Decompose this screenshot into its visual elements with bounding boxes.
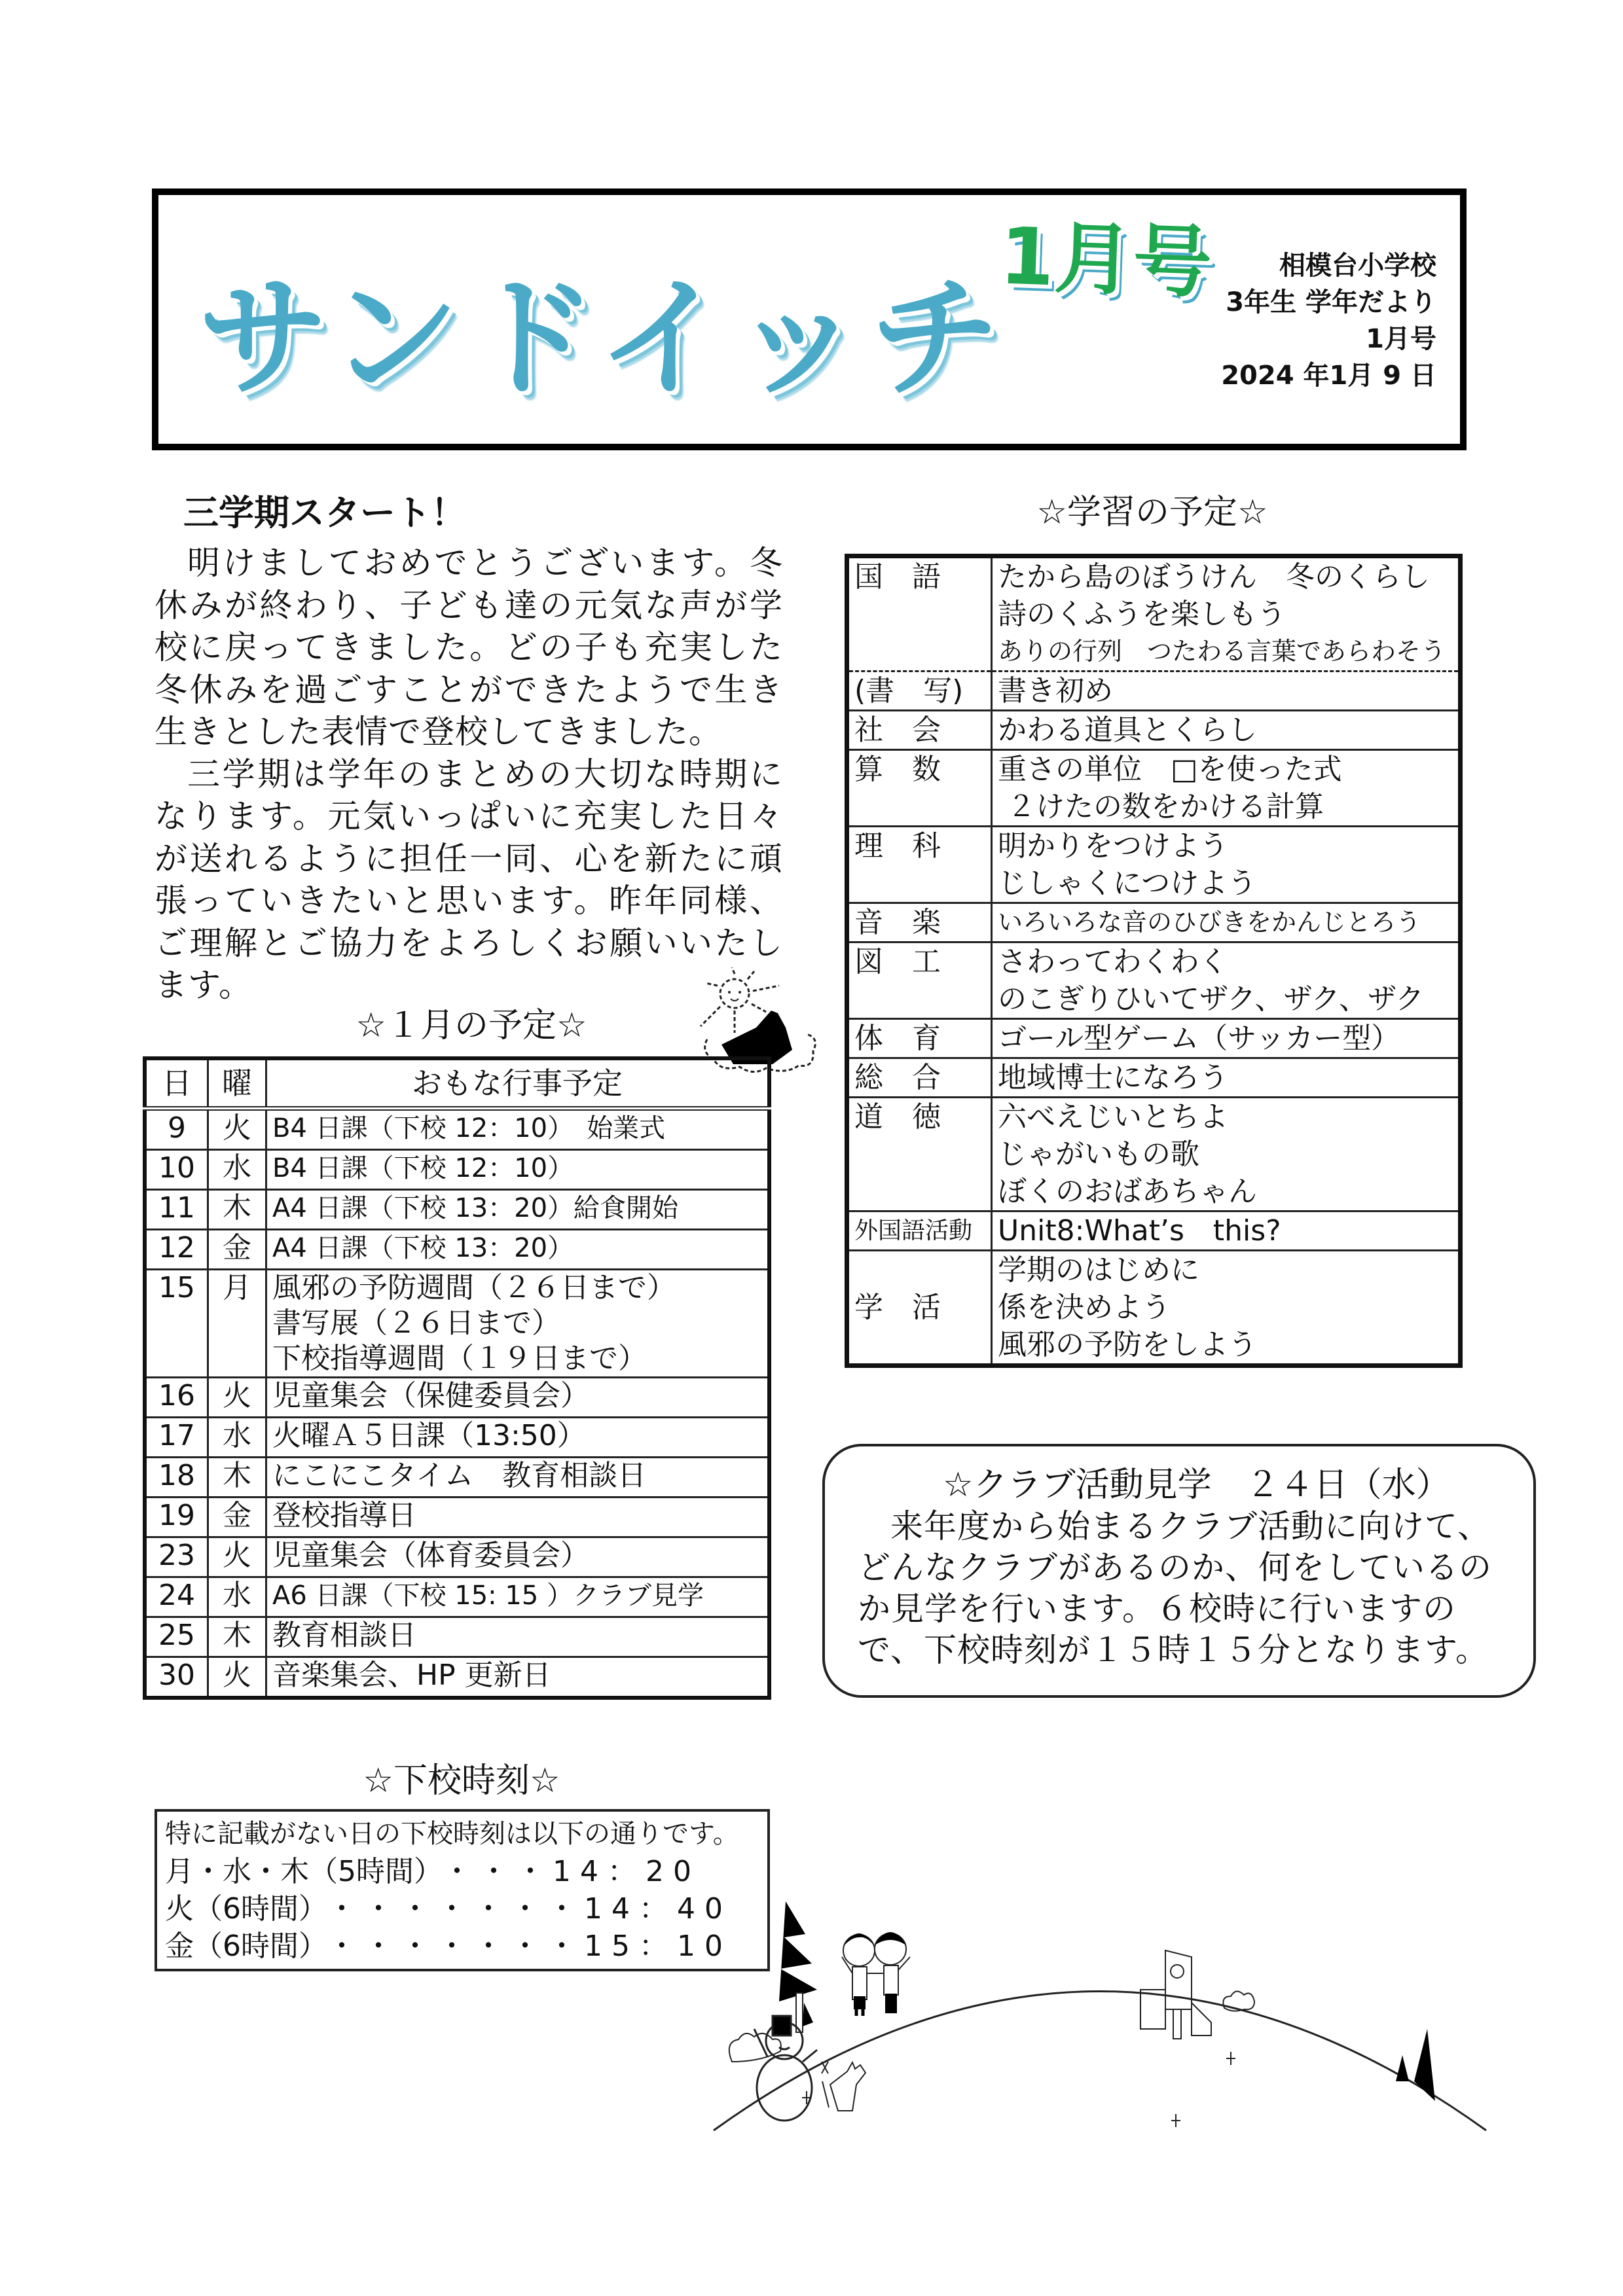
subject-cell: 総 合 (847, 1058, 992, 1098)
content-line: ２けたの数をかける計算 (998, 788, 1453, 825)
table-row: 24 水 A6 日課（下校 15: 15 ）クラブ見学 (145, 1577, 769, 1617)
content-cell: ゴール型ゲーム（サッカー型） (992, 1019, 1461, 1058)
event-cell: A4 日課（下校 13：20） (266, 1230, 770, 1270)
table-row: 音 楽 いろいろな音のひびきをかんじとろう (847, 903, 1461, 942)
event-line: 風邪の予防週間（２６日まで） (272, 1270, 762, 1306)
content-line: いろいろな音のひびきをかんじとろう (998, 904, 1453, 941)
subject-cell: 道 徳 (847, 1098, 992, 1211)
club-visit-body: 来年度から始まるクラブ活動に向けて、どんなクラブがあるのか、何をしているのか見学… (858, 1506, 1514, 1671)
day-cell: 25 (145, 1617, 208, 1657)
issue-date: 2024 年1月 9 日 (1221, 357, 1436, 394)
table-row: 外国語活動 Unit8:What’s this? (847, 1211, 1461, 1251)
weekday-cell: 火 (208, 1537, 266, 1577)
table-row: 図 工 さわってわくわく のこぎりひいてザク、ザク、ザク (847, 942, 1461, 1019)
content-line: ありの行列 つたわる言葉であらわそう (998, 633, 1453, 670)
snowman-icon (754, 2016, 817, 2121)
study-schedule-table: 国 語 たから島のぼうけん 冬のくらし 詩のくふうを楽しもう ありの行列 つたわ… (845, 554, 1463, 1368)
intro-paragraph: 三学期は学年のまとめの大切な時期になります。元気いっぱいに充実した日々が送れるよ… (155, 753, 783, 1007)
intro-body: 明けましておめでとうございます。冬休みが終わり、子ども達の元気な声が学校に戻って… (155, 542, 783, 1007)
snowflake-icon (802, 2052, 1235, 2127)
subject-cell: 算 数 (847, 750, 992, 827)
content-cell: 重さの単位 □を使った式 ２けたの数をかける計算 (992, 750, 1461, 827)
day-cell: 18 (145, 1458, 208, 1498)
event-cell: B4 日課（下校 12：10） (266, 1150, 770, 1190)
newsletter-title: サンドイッチ (198, 274, 1007, 404)
winter-hill-scene-illustration (707, 1865, 1493, 2193)
dismissal-row: 月・水・木（5時間） ・・・ 14：20 (165, 1853, 761, 1890)
january-schedule-heading: ☆１月の予定☆ (308, 1005, 635, 1046)
table-row: 16 火 児童集会（保健委員会） (145, 1378, 769, 1418)
day-cell: 17 (145, 1418, 208, 1458)
content-line: 重さの単位 □を使った式 (998, 751, 1453, 788)
dismissal-dots: ・・・・・・・ (327, 1890, 584, 1928)
school-name: 相模台小学校 (1221, 247, 1436, 284)
table-row: 25 木 教育相談日 (145, 1617, 769, 1657)
table-row: 11 木 A4 日課（下校 13：20）給食開始 (145, 1190, 769, 1230)
table-row: 23 火 児童集会（体育委員会） (145, 1537, 769, 1577)
content-cell: 学期のはじめに 係を決めよう 風邪の予防をしよう (992, 1251, 1461, 1366)
table-row: 12 金 A4 日課（下校 13：20） (145, 1230, 769, 1270)
subject-cell: 理 科 (847, 827, 992, 903)
event-cell: 風邪の予防週間（２６日まで） 書写展（２６日まで） 下校指導週間（１９日まで） (266, 1270, 770, 1378)
table-row: 19 金 登校指導日 (145, 1498, 769, 1537)
table-row: (書 写) 書き初め (847, 672, 1461, 711)
study-schedule-heading: ☆学習の予定☆ (995, 492, 1309, 533)
dismissal-label: 金（6時間） (165, 1928, 327, 1965)
day-cell: 24 (145, 1577, 208, 1617)
day-cell: 11 (145, 1190, 208, 1230)
dismissal-dots: ・・・ (443, 1853, 553, 1890)
event-cell: 登校指導日 (266, 1498, 770, 1537)
table-row: 算 数 重さの単位 □を使った式 ２けたの数をかける計算 (847, 750, 1461, 827)
content-cell: たから島のぼうけん 冬のくらし 詩のくふうを楽しもう ありの行列 つたわる言葉で… (992, 556, 1461, 672)
header-meta: 相模台小学校 3年生 学年だより 1月号 2024 年1月 9 日 (1221, 247, 1436, 394)
dismissal-heading: ☆下校時刻☆ (308, 1761, 615, 1801)
day-cell: 10 (145, 1150, 208, 1190)
club-visit-box: ☆クラブ活動見学 ２４日（水） 来年度から始まるクラブ活動に向けて、どんなクラブ… (822, 1444, 1536, 1698)
dismissal-box: 特に記載がない日の下校時刻は以下の通りです。 月・水・木（5時間） ・・・ 14… (155, 1809, 770, 1971)
day-cell: 15 (145, 1270, 208, 1378)
event-line: 書写展（２６日まで） (272, 1306, 762, 1341)
content-line: 明かりをつけよう (998, 827, 1453, 865)
weekday-cell: 木 (208, 1190, 266, 1230)
event-cell: 児童集会（保健委員会） (266, 1378, 770, 1418)
table-row: 17 水 火曜Ａ５日課（13:50） (145, 1418, 769, 1458)
dismissal-label: 月・水・木（5時間） (165, 1853, 443, 1890)
content-cell: 六べえじいとちよ じゃがいもの歌 ぼくのおばあちゃん (992, 1098, 1461, 1211)
weekday-cell: 木 (208, 1458, 266, 1498)
table-row: 国 語 たから島のぼうけん 冬のくらし 詩のくふうを楽しもう ありの行列 つたわ… (847, 556, 1461, 672)
subject-cell: 図 工 (847, 942, 992, 1019)
content-cell: いろいろな音のひびきをかんじとろう (992, 903, 1461, 942)
day-cell: 30 (145, 1657, 208, 1698)
dismissal-note: 特に記載がない日の下校時刻は以下の通りです。 (165, 1816, 761, 1853)
content-cell: 明かりをつけよう じしゃくにつけよう (992, 827, 1461, 903)
intro-heading: 三学期スタート！ (183, 492, 466, 535)
column-header-weekday: 曜 (208, 1058, 266, 1109)
weekday-cell: 月 (208, 1270, 266, 1378)
event-line: 下校指導週間（１９日まで） (272, 1341, 762, 1376)
subject-cell: 体 育 (847, 1019, 992, 1058)
intro-paragraph: 明けましておめでとうございます。冬休みが終わり、子ども達の元気な声が学校に戻って… (155, 542, 783, 753)
content-line: じしゃくにつけよう (998, 865, 1453, 902)
table-row: 30 火 音楽集会、HP 更新日 (145, 1657, 769, 1698)
january-schedule-table: 日 曜 おもな行事予定 9 火 B4 日課（下校 12：10） 始業式 10 水… (143, 1056, 771, 1700)
weekday-cell: 水 (208, 1418, 266, 1458)
content-line: 係を決めよう (998, 1289, 1453, 1326)
content-cell: かわる道具とくらし (992, 711, 1461, 750)
content-line: さわってわくわく (998, 943, 1453, 980)
weekday-cell: 火 (208, 1657, 266, 1698)
issue-badge: 1月号 (998, 217, 1213, 303)
weekday-cell: 木 (208, 1617, 266, 1657)
content-line: 詩のくふうを楽しもう (998, 596, 1453, 633)
dismissal-row: 金（6時間） ・・・・・・・ 15：10 (165, 1928, 761, 1965)
event-cell: A4 日課（下校 13：20）給食開始 (266, 1190, 770, 1230)
weekday-cell: 水 (208, 1577, 266, 1617)
subject-cell: (書 写) (847, 672, 992, 711)
subject-cell: 学 活 (847, 1251, 992, 1366)
event-cell: にこにこタイム 教育相談日 (266, 1458, 770, 1498)
content-line: 六べえじいとちよ (998, 1098, 1453, 1136)
club-visit-heading: ☆クラブ活動見学 ２４日（水） (858, 1465, 1514, 1506)
day-cell: 19 (145, 1498, 208, 1537)
subject-cell: 社 会 (847, 711, 992, 750)
dismissal-dots: ・・・・・・・ (327, 1928, 584, 1965)
day-cell: 23 (145, 1537, 208, 1577)
dismissal-row: 火（6時間） ・・・・・・・ 14：40 (165, 1890, 761, 1928)
day-cell: 16 (145, 1378, 208, 1418)
table-row: 理 科 明かりをつけよう じしゃくにつけよう (847, 827, 1461, 903)
children-icon (842, 1932, 910, 2016)
subject-cell: 音 楽 (847, 903, 992, 942)
event-cell: 児童集会（体育委員会） (266, 1537, 770, 1577)
table-row: 体 育 ゴール型ゲーム（サッカー型） (847, 1019, 1461, 1058)
table-row: 18 木 にこにこタイム 教育相談日 (145, 1458, 769, 1498)
table-row: 15 月 風邪の予防週間（２６日まで） 書写展（２６日まで） 下校指導週間（１９… (145, 1270, 769, 1378)
dog-icon (822, 2062, 866, 2111)
table-row: 9 火 B4 日課（下校 12：10） 始業式 (145, 1109, 769, 1150)
subject-cell: 国 語 (847, 556, 992, 672)
day-cell: 12 (145, 1230, 208, 1270)
newsletter-header: サンドイッチ 1月号 相模台小学校 3年生 学年だより 1月号 2024 年1月… (152, 188, 1467, 450)
grade-newsletter: 3年生 学年だより (1221, 284, 1436, 321)
dismissal-label: 火（6時間） (165, 1890, 327, 1928)
content-line: たから島のぼうけん 冬のくらし (998, 558, 1453, 596)
pine-tree-icon (779, 1901, 817, 2032)
day-cell: 9 (145, 1109, 208, 1150)
weekday-cell: 水 (208, 1150, 266, 1190)
subject-cell: 外国語活動 (847, 1211, 992, 1251)
weekday-cell: 火 (208, 1109, 266, 1150)
content-cell: 書き初め (992, 672, 1461, 711)
weekday-cell: 金 (208, 1498, 266, 1537)
content-line: じゃがいもの歌 (998, 1136, 1453, 1173)
event-cell: 教育相談日 (266, 1617, 770, 1657)
event-cell: 火曜Ａ５日課（13:50） (266, 1418, 770, 1458)
table-row: 社 会 かわる道具とくらし (847, 711, 1461, 750)
dismissal-time: 14：20 (553, 1853, 701, 1890)
table-row: 道 徳 六べえじいとちよ じゃがいもの歌 ぼくのおばあちゃん (847, 1098, 1461, 1211)
content-line: ぼくのおばあちゃん (998, 1173, 1453, 1210)
column-header-day: 日 (145, 1058, 208, 1109)
issue-number: 1月号 (1221, 321, 1436, 357)
table-header-row: 日 曜 おもな行事予定 (145, 1058, 769, 1109)
table-row: 総 合 地域博士になろう (847, 1058, 1461, 1098)
event-cell: B4 日課（下校 12：10） 始業式 (266, 1109, 770, 1150)
column-header-events: おもな行事予定 (266, 1058, 770, 1109)
content-cell: さわってわくわく のこぎりひいてザク、ザク、ザク (992, 942, 1461, 1019)
content-cell: 地域博士になろう (992, 1058, 1461, 1098)
content-cell: Unit8:What’s this? (992, 1211, 1461, 1251)
weekday-cell: 金 (208, 1230, 266, 1270)
weekday-cell: 火 (208, 1378, 266, 1418)
table-row: 学 活 学期のはじめに 係を決めよう 風邪の予防をしよう (847, 1251, 1461, 1366)
event-cell: 音楽集会、HP 更新日 (266, 1657, 770, 1698)
content-line: 学期のはじめに (998, 1251, 1453, 1289)
content-line: のこぎりひいてザク、ザク、ザク (998, 980, 1453, 1018)
event-cell: A6 日課（下校 15: 15 ）クラブ見学 (266, 1577, 770, 1617)
table-row: 10 水 B4 日課（下校 12：10） (145, 1150, 769, 1190)
content-line: 風邪の予防をしよう (998, 1326, 1453, 1363)
